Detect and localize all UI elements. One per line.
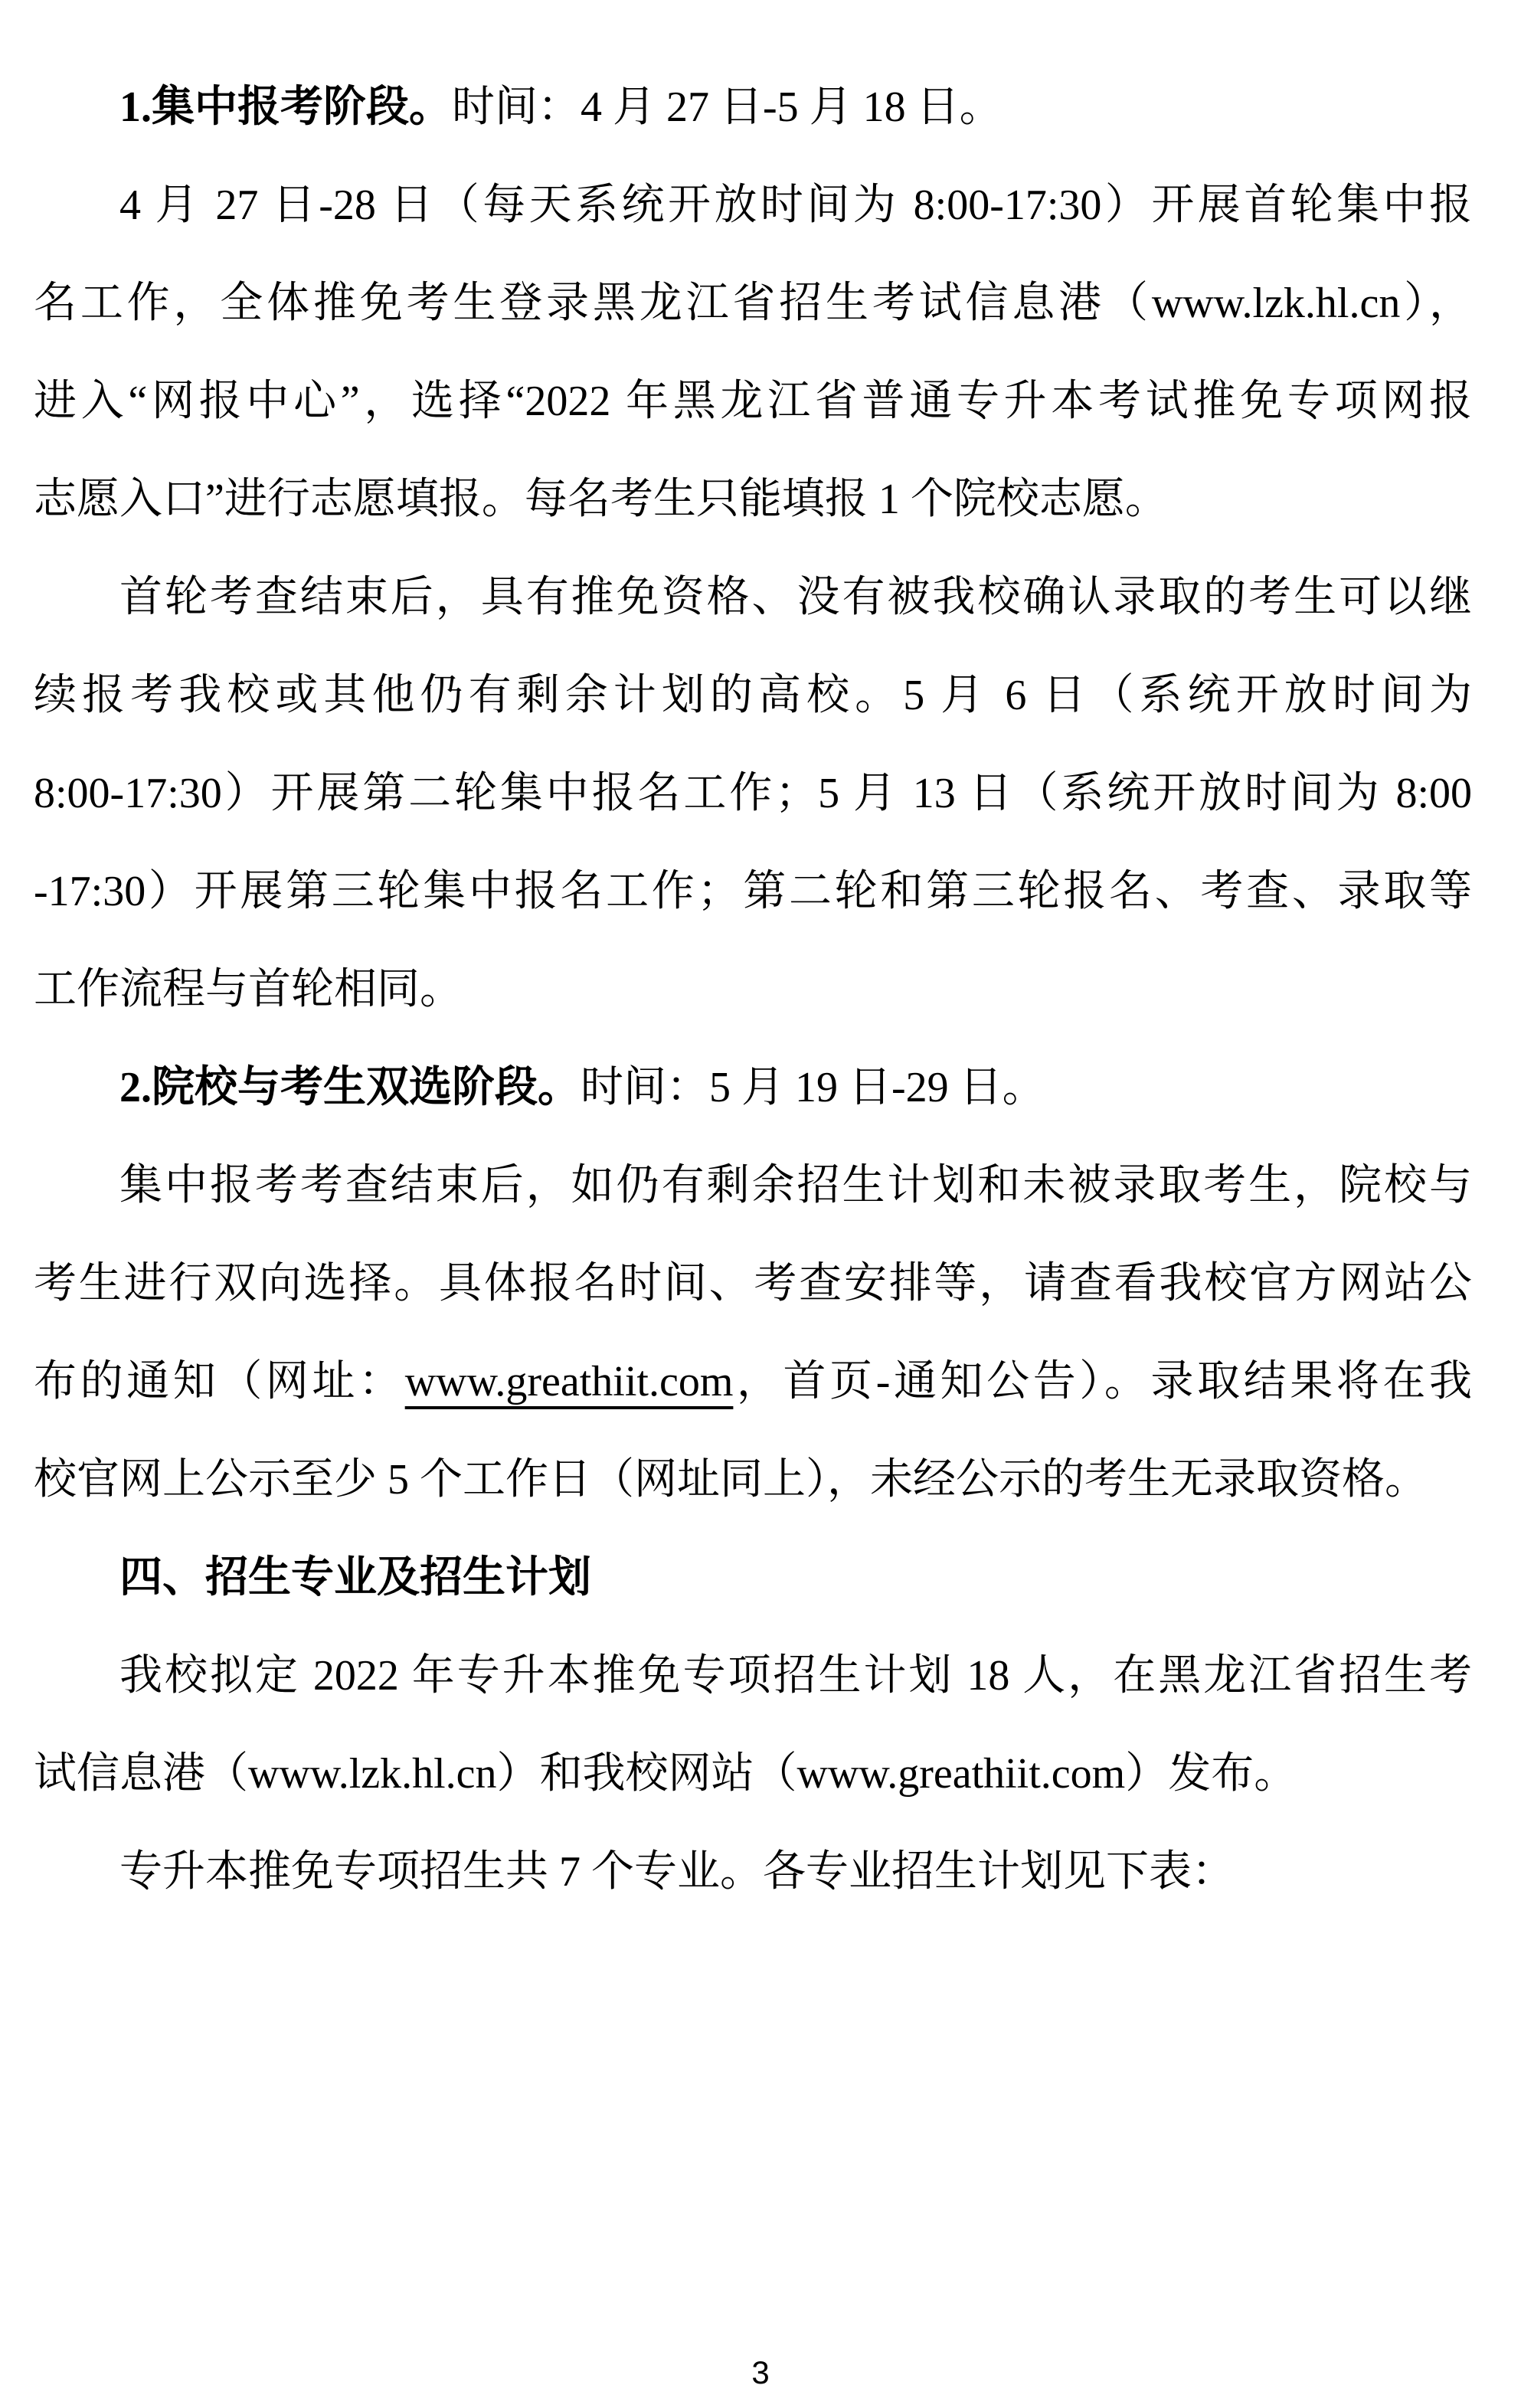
page-footer: 3 [0, 2353, 1521, 2393]
bold-text-run: 四、招生专业及招生计划 [119, 1554, 591, 1602]
text-run: 进入“网报中心”，选择“2022 年黑龙江省普通专升本考试推免专项网报 [34, 378, 1472, 425]
text-run: 试信息港（www.lzk.hl.cn）和我校网站（www.greathiit.c… [34, 1750, 1297, 1798]
text-line: 进入“网报中心”，选择“2022 年黑龙江省普通专升本考试推免专项网报 [34, 352, 1472, 450]
text-line: 工作流程与首轮相同。 [34, 941, 1472, 1039]
text-run: 续报考我校或其他仍有剩余计划的高校。5 月 6 日（系统开放时间为 [34, 672, 1472, 719]
text-run: 4 月 27 日-28 日（每天系统开放时间为 8:00-17:30）开展首轮集… [119, 182, 1472, 229]
text-line: 考生进行双向选择。具体报名时间、考查安排等，请查看我校官方网站公 [34, 1235, 1472, 1333]
text-line: 志愿入口”进行志愿填报。每名考生只能填报 1 个院校志愿。 [34, 450, 1472, 548]
text-run: ，首页-通知公告）。录取结果将在我 [733, 1358, 1472, 1405]
text-run: 集中报考考查结束后，如仍有剩余招生计划和未被录取考生，院校与 [119, 1162, 1472, 1209]
text-run: 专升本推免专项招生共 7 个专业。各专业招生计划见下表： [119, 1848, 1235, 1896]
text-run: 8:00-17:30）开展第二轮集中报名工作；5 月 13 日（系统开放时间为 … [34, 770, 1472, 817]
text-run: 工作流程与首轮相同。 [34, 966, 463, 1013]
text-run: -17:30）开展第三轮集中报名工作；第二轮和第三轮报名、考查、录取等 [34, 868, 1472, 915]
text-line: 名工作，全体推免考生登录黑龙江省招生考试信息港（www.lzk.hl.cn）， [34, 254, 1472, 352]
text-run: 首轮考查结束后，具有推免资格、没有被我校确认录取的考生可以继 [119, 574, 1472, 621]
text-run: 名工作，全体推免考生登录黑龙江省招生考试信息港（www.lzk.hl.cn）， [34, 280, 1472, 327]
text-line: 试信息港（www.lzk.hl.cn）和我校网站（www.greathiit.c… [34, 1725, 1472, 1823]
text-run: 布的通知（网址： [34, 1358, 405, 1405]
text-line: 校官网上公示至少 5 个工作日（网址同上），未经公示的考生无录取资格。 [34, 1431, 1472, 1529]
document-page: { "page": { "background_color": "#ffffff… [0, 0, 1521, 2408]
text-line: 首轮考查结束后，具有推免资格、没有被我校确认录取的考生可以继 [34, 548, 1472, 646]
text-line: 集中报考考查结束后，如仍有剩余招生计划和未被录取考生，院校与 [34, 1137, 1472, 1235]
text-run: 考生进行双向选择。具体报名时间、考查安排等，请查看我校官方网站公 [34, 1260, 1472, 1307]
text-line: 4 月 27 日-28 日（每天系统开放时间为 8:00-17:30）开展首轮集… [34, 156, 1472, 254]
text-run: 时间：5 月 19 日-29 日。 [581, 1064, 1045, 1111]
bold-text-run: 2.院校与考生双选阶段。 [119, 1064, 581, 1111]
text-line: 布的通知（网址：www.greathiit.com，首页-通知公告）。录取结果将… [34, 1333, 1472, 1431]
bold-text-run: 1.集中报考阶段。 [119, 83, 452, 131]
text-line: 专升本推免专项招生共 7 个专业。各专业招生计划见下表： [34, 1823, 1472, 1921]
text-line: 2.院校与考生双选阶段。时间：5 月 19 日-29 日。 [34, 1039, 1472, 1137]
text-run: 校官网上公示至少 5 个工作日（网址同上），未经公示的考生无录取资格。 [34, 1456, 1428, 1503]
text-line: 续报考我校或其他仍有剩余计划的高校。5 月 6 日（系统开放时间为 [34, 646, 1472, 744]
heading-line: 四、招生专业及招生计划 [34, 1529, 1472, 1627]
text-run: 时间：4 月 27 日-5 月 18 日。 [452, 83, 1003, 131]
link-greathiit-url[interactable]: www.greathiit.com [405, 1358, 734, 1405]
text-line: 8:00-17:30）开展第二轮集中报名工作；5 月 13 日（系统开放时间为 … [34, 744, 1472, 842]
text-run: 志愿入口”进行志愿填报。每名考生只能填报 1 个院校志愿。 [34, 476, 1168, 523]
text-line: -17:30）开展第三轮集中报名工作；第二轮和第三轮报名、考查、录取等 [34, 842, 1472, 941]
text-line: 我校拟定 2022 年专升本推免专项招生计划 18 人，在黑龙江省招生考 [34, 1627, 1472, 1725]
text-run: 我校拟定 2022 年专升本推免专项招生计划 18 人，在黑龙江省招生考 [119, 1652, 1472, 1700]
page-number: 3 [751, 2354, 769, 2390]
text-line: 1.集中报考阶段。时间：4 月 27 日-5 月 18 日。 [34, 58, 1472, 156]
document-body: 1.集中报考阶段。时间：4 月 27 日-5 月 18 日。4 月 27 日-2… [34, 58, 1472, 1921]
